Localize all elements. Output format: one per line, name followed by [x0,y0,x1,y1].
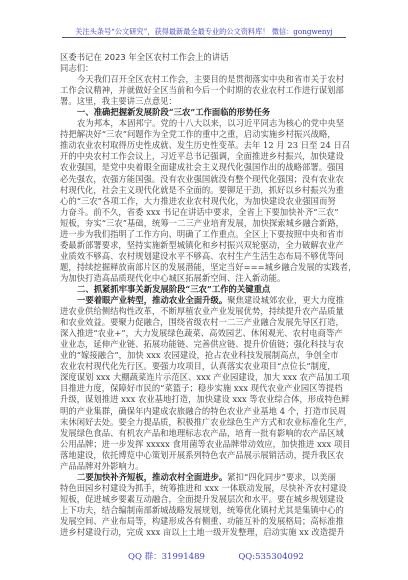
banner-text[interactable]: 关注头条号“公文研究”，获得最新最全最专业的公文资料库！ 微信：gongweny… [75,27,333,36]
text-line: 目推进力度，保障好市民的“菜篮子；稳步实施 xxx 现代农业产业园区等提档 [60,383,350,394]
text-line: 产品品牌对外影响力。 [60,461,350,472]
text-line: 业质效不够高、农村规划建设水平不够高、农村生产生活生态布局不够优等问 [60,251,350,262]
text-line: 今天我们召开全区农村工作会，主要目的是贯彻落实中央和省市关于农村 [60,74,350,85]
text-line: 持把解决好“三农”问题作为全党工作的重中之重，启动实施乡村振兴战略， [60,129,350,140]
document-title: 区委书记在 2023 年全区农村工作会上的讲话 [60,52,350,63]
document-body: 区委书记在 2023 年全区农村工作会上的讲话 同志们： 今天我们召开全区农村工… [60,52,350,538]
text-line: 农业强国，是党中央着眼全面建成社会主义现代化强国作出的战略部署。强国 [60,162,350,173]
text-line: 业业态，延伸产业链、拓展功能链、完善供应链、提升价值链；强化科技与农 [60,339,350,350]
text-line: 推动农业农村取得历史性成就、发生历史性变革。去年 12 月 23 日至 24 日… [60,140,350,151]
bold-lead: 二要加快补齐短板，推动农村全面进步。 [77,472,227,482]
text-line: 为加快打造高品质现代化中心城区拓展新空间、注入新动能。 [60,273,350,284]
text-line: 心的“三农”各项工作，大力推进农业农村现代化，为加快建设农业强国而努 [60,196,350,207]
text-line: 短板，夯实“三农”基础，统筹一二三产业培育发展，加快探索城乡融合新路， [60,218,350,229]
text-line: 落地建设，依托博览中心策划开展系列特色农产品展示展销活动，提升我区农 [60,450,350,461]
text-line: 明的产业集群，确保年内建成农旅融合的特色农业产业基地 4 个，打造市民周 [60,406,350,417]
text-line: 特色田园乡村建设为抓手，统筹推进和 xxx 一体联动发展，尽快补齐农村建设 [60,483,350,494]
section-heading: 二、抓紧抓牢事关新发展阶段“三农”工作的关键重点 [60,284,350,295]
text-line: 农为邦本，本固邦宁。党的十八大以来，以习近平同志为核心的党中央坚 [60,118,350,129]
text-line: 委最新部署要求，坚持实施新型城镇化和乡村振兴双轮驱动，全力破解农业产 [60,240,350,251]
text-line: 题，持续挖掘释放南部片区的发展潜能，坚定当好===城乡融合发展的实践者， [60,262,350,273]
footer-contact: QQ 群：31991489 QQ:535304092 [128,550,304,562]
section-heading: 一、准确把握新发展阶段“三农”工作面临的形势任务 [60,107,350,118]
line-rest: 聚焦建设城郊农业，更大力度推 [227,295,344,305]
text-line: 发展空间、产业布局等，构建形成各有侧重、功能互补的发展格局；高标准推 [60,516,350,527]
salutation: 同志们： [60,63,350,74]
text-line: 署。这里，我主要讲三点意见： [60,96,350,107]
text-line: 力奋斗。前不久，省委 xxx 书记在讲话中要求，全省上下要加快补齐“三农” [60,207,350,218]
text-line: 深入推进“农业+”，大力发展绿色蔬菜、高效园艺、休闲观光、农村电商等产 [60,328,350,339]
text-line: 二要加快补齐短板，推动农村全面进步。紧扣“四化同步”要求，以美丽 [60,472,350,483]
qq-group: QQ 群：31991489 [128,550,205,562]
text-line: 上下功夫，结合编制南部新城战略发展规划，统筹优化镇村尤其是集镇中心的 [60,505,350,516]
text-line: 农业农村现代化先行区。要强力攻项目，认真落实农业项目“点位长”制度， [60,361,350,372]
text-line: 公用品牌；进一步发挥 xxxxx 食用菌等农业品牌带动效应，加快推进 xxx 项… [60,439,350,450]
text-line: 工作会议精神，并就做好全区当前和今后一个时期的农业农村工作进行谋划部 [60,85,350,96]
text-line: 业的“嫁接融合”，加快 xxx 农园建设，抢占农业科技发展制高点，争创全市 [60,350,350,361]
text-line: 村现代化，社会主义现代化就是不全面的。要铆足干劲，抓好以乡村振兴为重 [60,185,350,196]
text-line: 进一步为我们指明了工作方向、明确了工作重点。全区上下要按照中央和省市 [60,229,350,240]
text-line: 必先强农，农强方能国强。没有农业强国就没有整个现代化强国；没有农业农 [60,174,350,185]
text-line: 升级，谋划推进 xxx 农业基地打造，加快建设 xxx 等农业综合体，形成特色鲜 [60,394,350,405]
text-line: 和农业效益。要聚力促融合，围绕省级农村一二三产业融合发展先导区打造， [60,317,350,328]
text-line: 一要着眼产业转型，推动农业全面升级。聚焦建设城郊农业，更大力度推 [60,295,350,306]
paragraph-lines: 今天我们召开全区农村工作会，主要目的是贯彻落实中央和省市关于农村工作会议精神，并… [60,74,350,538]
header-banner[interactable]: 关注头条号“公文研究”，获得最新最全最专业的公文资料库！ 微信：gongweny… [62,27,346,38]
line-rest: 紧扣“四化同步”要求，以美丽 [227,472,336,482]
text-line: 进农业供给侧结构性改革，不断厚植农业产业发展优势，持续提升农产品质量 [60,306,350,317]
bold-lead: 一要着眼产业转型，推动农业全面升级。 [77,295,227,305]
text-line: 开的中央农村工作会议上，习近平总书记强调，全面推进乡村振兴，加快建设 [60,151,350,162]
text-line: 发展绿色食品、有机农产品和地理标志农产品，培育一批有影响的农产品区域 [60,428,350,439]
text-line: 深度谋划 xxx 大棚蔬菜连片示范区、xxx 产业园建设，加大 xxx 农产品加… [60,372,350,383]
text-line: 进乡村建设行动，完成 xxx 亩以上土地一级开发整理，启动实施 xx 改造提升 [60,527,350,538]
text-line: 短板，促进城乡要素互动融合，全面提升发展层次和水平。要在城乡规划建设 [60,494,350,505]
text-line: 末休闲好去处。要全力提品质，积极推广农业绿色生产方式和农业标准化生产， [60,417,350,428]
qq-number: QQ:535304092 [238,552,303,562]
